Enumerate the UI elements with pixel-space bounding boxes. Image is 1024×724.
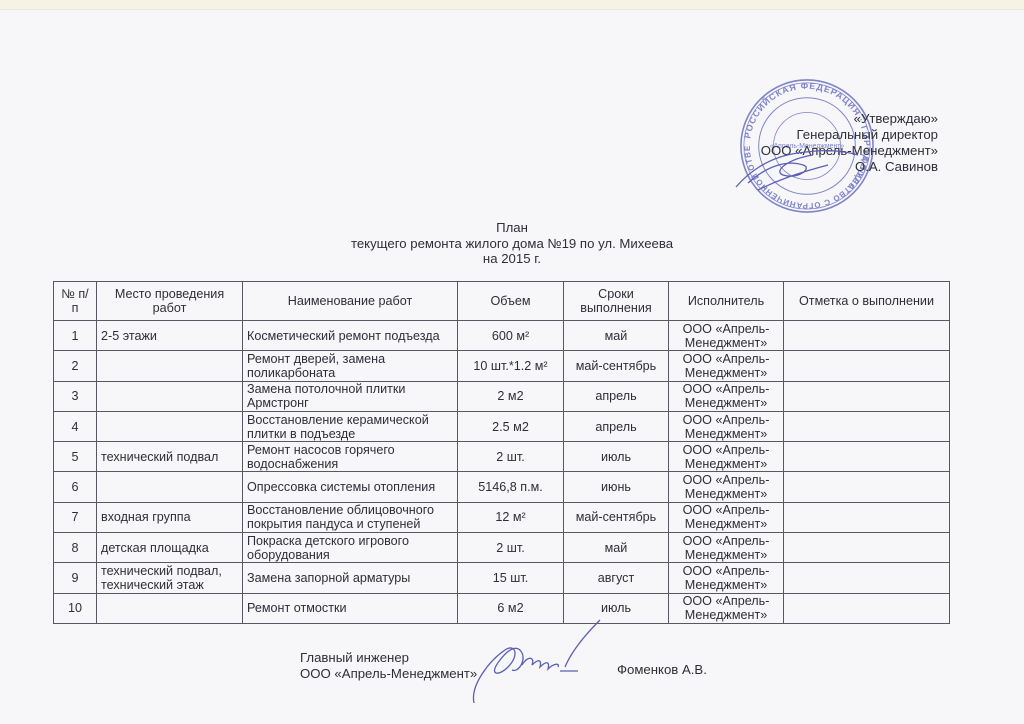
cell-term: август [564, 563, 669, 593]
cell-term: июнь [564, 472, 669, 502]
cell-mark [784, 321, 950, 351]
cell-mark [784, 533, 950, 563]
cell-term: май [564, 533, 669, 563]
cell-mark [784, 563, 950, 593]
approval-heading: «Утверждаю» [761, 111, 938, 127]
table-row: 4Восстановление керамической плитки в по… [54, 411, 950, 441]
cell-volume: 15 шт. [458, 563, 564, 593]
table-row: 9технический подвал, технический этажЗам… [54, 563, 950, 593]
cell-place: 2-5 этажи [97, 321, 243, 351]
cell-num: 1 [54, 321, 97, 351]
cell-place: технический подвал, технический этаж [97, 563, 243, 593]
header-executor: Исполнитель [669, 282, 784, 321]
engineer-signature-icon [460, 615, 610, 710]
cell-work: Ремонт отмостки [243, 593, 458, 623]
cell-place [97, 593, 243, 623]
cell-mark [784, 472, 950, 502]
cell-executor: ООО «Апрель-Менеджмент» [669, 381, 784, 411]
table-header-row: № п/п Место проведения работ Наименовани… [54, 282, 950, 321]
cell-executor: ООО «Апрель-Менеджмент» [669, 533, 784, 563]
header-mark: Отметка о выполнении [784, 282, 950, 321]
cell-place: входная группа [97, 502, 243, 532]
cell-num: 9 [54, 563, 97, 593]
cell-num: 8 [54, 533, 97, 563]
table-row: 2Ремонт дверей, замена поликарбоната10 ш… [54, 351, 950, 381]
director-signature-icon [728, 135, 878, 195]
footer-position: Главный инженер [300, 650, 477, 666]
cell-num: 5 [54, 442, 97, 472]
cell-work: Опрессовка системы отопления [243, 472, 458, 502]
cell-term: май [564, 321, 669, 351]
repair-plan-table: № п/п Место проведения работ Наименовани… [53, 281, 950, 624]
table-row: 7входная группаВосстановление облицовочн… [54, 502, 950, 532]
table-row: 3Замена потолочной плитки Армстронг2 м2а… [54, 381, 950, 411]
cell-mark [784, 593, 950, 623]
cell-volume: 2.5 м2 [458, 411, 564, 441]
header-work: Наименование работ [243, 282, 458, 321]
table-row: 8детская площадкаПокраска детского игров… [54, 533, 950, 563]
footer-signatory: Главный инженер ООО «Апрель-Менеджмент» [300, 650, 477, 682]
cell-work: Покраска детского игрового оборудования [243, 533, 458, 563]
cell-place [97, 411, 243, 441]
cell-volume: 2 м2 [458, 381, 564, 411]
cell-executor: ООО «Апрель-Менеджмент» [669, 472, 784, 502]
cell-mark [784, 351, 950, 381]
cell-executor: ООО «Апрель-Менеджмент» [669, 411, 784, 441]
table-row: 5технический подвалРемонт насосов горяче… [54, 442, 950, 472]
header-place: Место проведения работ [97, 282, 243, 321]
cell-num: 10 [54, 593, 97, 623]
table-row: 6Опрессовка системы отопления5146,8 п.м.… [54, 472, 950, 502]
cell-term: апрель [564, 411, 669, 441]
cell-num: 2 [54, 351, 97, 381]
cell-executor: ООО «Апрель-Менеджмент» [669, 593, 784, 623]
table-row: 12-5 этажиКосметический ремонт подъезда6… [54, 321, 950, 351]
cell-work: Косметический ремонт подъезда [243, 321, 458, 351]
cell-volume: 600 м² [458, 321, 564, 351]
cell-term: май-сентябрь [564, 351, 669, 381]
cell-executor: ООО «Апрель-Менеджмент» [669, 321, 784, 351]
footer-company: ООО «Апрель-Менеджмент» [300, 666, 477, 682]
cell-term: апрель [564, 381, 669, 411]
cell-num: 7 [54, 502, 97, 532]
cell-term: май-сентябрь [564, 502, 669, 532]
cell-executor: ООО «Апрель-Менеджмент» [669, 351, 784, 381]
cell-volume: 5146,8 п.м. [458, 472, 564, 502]
cell-place: технический подвал [97, 442, 243, 472]
cell-volume: 10 шт.*1.2 м² [458, 351, 564, 381]
header-volume: Объем [458, 282, 564, 321]
cell-place [97, 472, 243, 502]
cell-work: Восстановление керамической плитки в под… [243, 411, 458, 441]
cell-volume: 2 шт. [458, 533, 564, 563]
document-title: План текущего ремонта жилого дома №19 по… [0, 220, 1024, 267]
footer-name: Фоменков А.В. [617, 662, 707, 677]
cell-num: 3 [54, 381, 97, 411]
cell-executor: ООО «Апрель-Менеджмент» [669, 563, 784, 593]
title-line-2: текущего ремонта жилого дома №19 по ул. … [0, 236, 1024, 252]
cell-mark [784, 502, 950, 532]
cell-mark [784, 442, 950, 472]
title-line-3: на 2015 г. [0, 251, 1024, 267]
cell-place [97, 351, 243, 381]
cell-executor: ООО «Апрель-Менеджмент» [669, 502, 784, 532]
header-num: № п/п [54, 282, 97, 321]
cell-num: 6 [54, 472, 97, 502]
title-line-1: План [0, 220, 1024, 236]
cell-place [97, 381, 243, 411]
cell-work: Замена запорной арматуры [243, 563, 458, 593]
cell-work: Восстановление облицовочного покрытия па… [243, 502, 458, 532]
cell-work: Ремонт насосов горячего водоснабжения [243, 442, 458, 472]
cell-executor: ООО «Апрель-Менеджмент» [669, 442, 784, 472]
cell-term: июль [564, 442, 669, 472]
scan-top-edge [0, 0, 1024, 10]
cell-num: 4 [54, 411, 97, 441]
cell-volume: 2 шт. [458, 442, 564, 472]
cell-place: детская площадка [97, 533, 243, 563]
cell-work: Ремонт дверей, замена поликарбоната [243, 351, 458, 381]
header-term: Сроки выполнения [564, 282, 669, 321]
cell-work: Замена потолочной плитки Армстронг [243, 381, 458, 411]
cell-mark [784, 411, 950, 441]
cell-mark [784, 381, 950, 411]
cell-volume: 12 м² [458, 502, 564, 532]
